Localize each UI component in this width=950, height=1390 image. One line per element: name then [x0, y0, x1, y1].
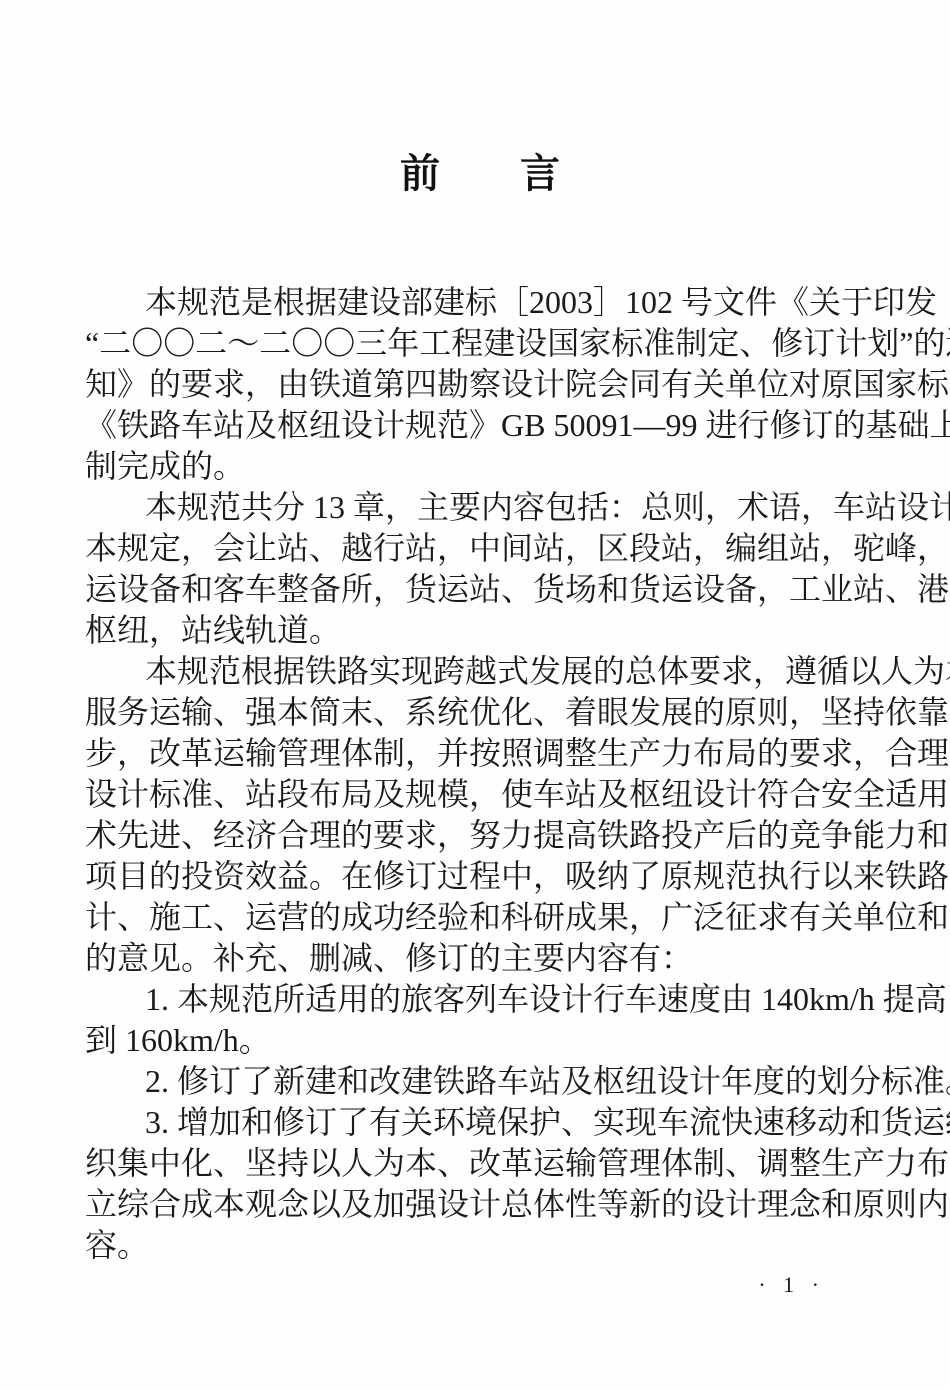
text-line: 3. 增加和修订了有关环境保护、实现车流快速移动和货运组 [85, 1102, 875, 1143]
text-line: 术先进、经济合理的要求，努力提高铁路投产后的竞争能力和建设 [85, 815, 875, 856]
text-line: 2. 修订了新建和改建铁路车站及枢纽设计年度的划分标准。 [85, 1061, 875, 1102]
document-body: 本规范是根据建设部建标［2003］102 号文件《关于印发“二〇〇二～二〇〇三年… [85, 282, 875, 1266]
text-line: 本规范共分 13 章，主要内容包括：总则，术语，车站设计的基 [85, 487, 875, 528]
text-line: 步，改革运输管理体制，并按照调整生产力布局的要求，合理确定 [85, 733, 875, 774]
text-line: 本规范根据铁路实现跨越式发展的总体要求，遵循以人为本、 [85, 651, 875, 692]
revision-item-3: 3. 增加和修订了有关环境保护、实现车流快速移动和货运组织集中化、坚持以人为本、… [85, 1102, 875, 1266]
text-line: 1. 本规范所适用的旅客列车设计行车速度由 140km/h 提高 [85, 979, 875, 1020]
para-chapters: 本规范共分 13 章，主要内容包括：总则，术语，车站设计的基本规定，会让站、越行… [85, 487, 875, 651]
document-page: 前 言 本规范是根据建设部建标［2003］102 号文件《关于印发“二〇〇二～二… [0, 0, 950, 1390]
text-line: 容。 [85, 1225, 875, 1266]
text-line: 的意见。补充、删减、修订的主要内容有： [85, 938, 875, 979]
text-line: 制完成的。 [85, 446, 875, 487]
text-line: 服务运输、强本简末、系统优化、着眼发展的原则，坚持依靠科技进 [85, 692, 875, 733]
text-line: 项目的投资效益。在修订过程中，吸纳了原规范执行以来铁路设 [85, 856, 875, 897]
text-line: 《铁路车站及枢纽设计规范》GB 50091—99 进行修订的基础上编 [85, 405, 875, 446]
text-line: 知》的要求，由铁道第四勘察设计院会同有关单位对原国家标准 [85, 364, 875, 405]
text-line: “二〇〇二～二〇〇三年工程建设国家标准制定、修订计划”的通 [85, 323, 875, 364]
text-line: 计、施工、运营的成功经验和科研成果，广泛征求有关单位和专家 [85, 897, 875, 938]
text-line: 本规定，会让站、越行站，中间站，区段站，编组站，驼峰，客运站、客 [85, 528, 875, 569]
revision-item-1: 1. 本规范所适用的旅客列车设计行车速度由 140km/h 提高到 160km/… [85, 979, 875, 1061]
text-line: 枢纽，站线轨道。 [85, 610, 875, 651]
page-number: · 1 · [85, 1272, 875, 1298]
text-line: 立综合成本观念以及加强设计总体性等新的设计理念和原则内 [85, 1184, 875, 1225]
para-principles: 本规范根据铁路实现跨越式发展的总体要求，遵循以人为本、服务运输、强本简末、系统优… [85, 651, 875, 979]
text-line: 织集中化、坚持以人为本、改革运输管理体制、调整生产力布局、树 [85, 1143, 875, 1184]
para-basis: 本规范是根据建设部建标［2003］102 号文件《关于印发“二〇〇二～二〇〇三年… [85, 282, 875, 487]
page-title: 前 言 [85, 152, 875, 196]
text-line: 运设备和客车整备所，货运站、货场和货运设备，工业站、港湾站， [85, 569, 875, 610]
text-line: 设计标准、站段布局及规模，使车站及枢纽设计符合安全适用、技 [85, 774, 875, 815]
revision-item-2: 2. 修订了新建和改建铁路车站及枢纽设计年度的划分标准。 [85, 1061, 875, 1102]
text-line: 到 160km/h。 [85, 1020, 875, 1061]
text-line: 本规范是根据建设部建标［2003］102 号文件《关于印发 [85, 282, 875, 323]
